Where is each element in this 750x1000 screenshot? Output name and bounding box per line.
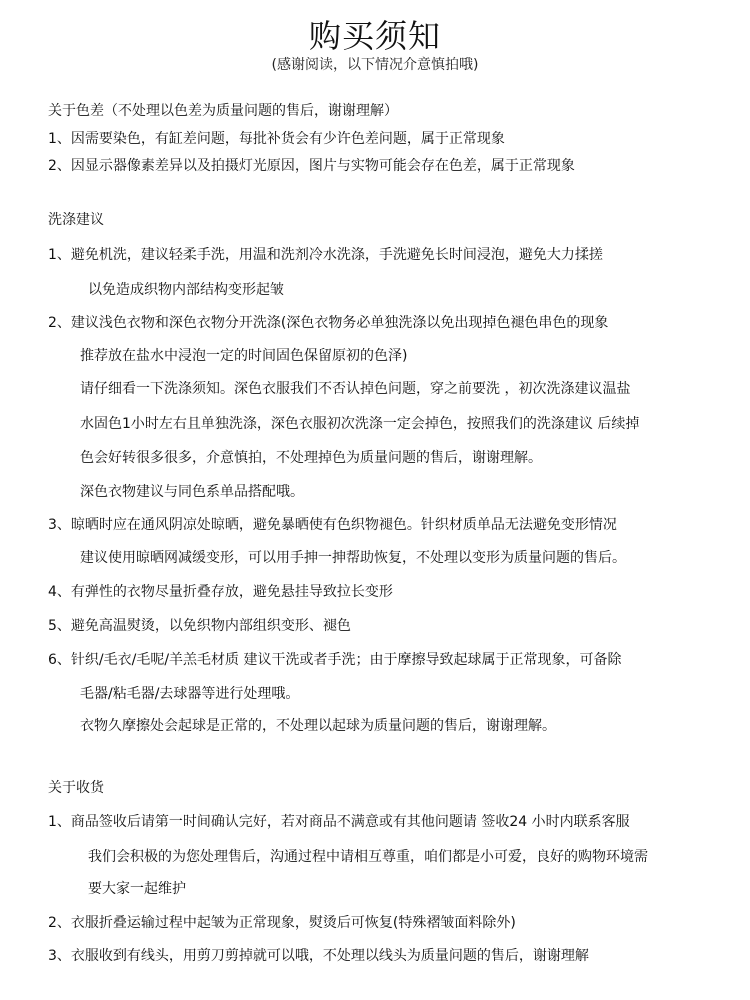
list-item-continuation: 深色衣物建议与同色系单品搭配哦。 — [80, 483, 304, 501]
section-heading: 洗涤建议 — [48, 211, 104, 229]
list-item: 6、针织/毛衣/毛呢/羊羔毛材质 建议干洗或者手洗；由于摩擦导致起球属于正常现象… — [48, 651, 622, 669]
list-item-continuation: 衣物久摩擦处会起球是正常的，不处理以起球为质量问题的售后，谢谢理解。 — [80, 717, 556, 735]
list-item-continuation: 要大家一起维护 — [88, 880, 186, 898]
list-item-continuation: 以免造成织物内部结构变形起皱 — [88, 281, 284, 299]
list-item: 2、建议浅色衣物和深色衣物分开洗涤(深色衣物务必单独洗涤以免出现掉色褪色串色的现… — [48, 314, 608, 332]
list-item: 3、晾晒时应在通风阴凉处晾晒，避免暴晒使有色织物褪色。针织材质单品无法避免变形情… — [48, 516, 617, 534]
list-item: 1、因需要染色，有缸差问题，每批补货会有少许色差问题，属于正常现象 — [48, 130, 505, 148]
list-item-continuation: 我们会积极的为您处理售后，沟通过程中请相互尊重，咱们都是小可爱，良好的购物环境需 — [88, 848, 648, 866]
section-heading: 关于色差（不处理以色差为质量问题的售后，谢谢理解） — [48, 102, 398, 120]
list-item: 4、有弹性的衣物尽量折叠存放，避免悬挂导致拉长变形 — [48, 583, 393, 601]
list-item-continuation: 请仔细看一下洗涤须知。深色衣服我们不否认掉色问题，穿之前要洗 ，初次洗涤建议温盐 — [80, 380, 630, 398]
list-item: 2、因显示器像素差异以及拍摄灯光原因，图片与实物可能会存在色差，属于正常现象 — [48, 157, 575, 175]
list-item-continuation: 毛器/粘毛器/去球器等进行处理哦。 — [80, 685, 299, 703]
list-item-continuation: 推荐放在盐水中浸泡一定的时间固色保留原初的色泽) — [80, 347, 407, 365]
page-subtitle: (感谢阅读，以下情况介意慎拍哦) — [0, 56, 750, 74]
list-item: 5、避免高温熨烫，以免织物内部组织变形、褪色 — [48, 617, 351, 635]
list-item-continuation: 色会好转很多很多，介意慎拍，不处理掉色为质量问题的售后，谢谢理解。 — [80, 449, 542, 467]
section-heading: 关于收货 — [48, 779, 104, 797]
list-item-continuation: 水固色1小时左右且单独洗涤，深色衣服初次洗涤一定会掉色，按照我们的洗涤建议 后续… — [80, 415, 639, 433]
list-item: 2、衣服折叠运输过程中起皱为正常现象，熨烫后可恢复(特殊褶皱面料除外) — [48, 914, 516, 932]
page-title: 购买须知 — [0, 16, 750, 56]
list-item: 1、避免机洗，建议轻柔手洗，用温和洗剂冷水洗涤，手洗避免长时间浸泡，避免大力揉搓 — [48, 246, 603, 264]
list-item-continuation: 建议使用晾晒网减缓变形，可以用手抻一抻帮助恢复，不处理以变形为质量问题的售后。 — [80, 549, 626, 567]
list-item: 3、衣服收到有线头，用剪刀剪掉就可以哦，不处理以线头为质量问题的售后，谢谢理解 — [48, 947, 589, 965]
list-item: 1、商品签收后请第一时间确认完好，若对商品不满意或有其他问题请 签收24 小时内… — [48, 813, 630, 831]
